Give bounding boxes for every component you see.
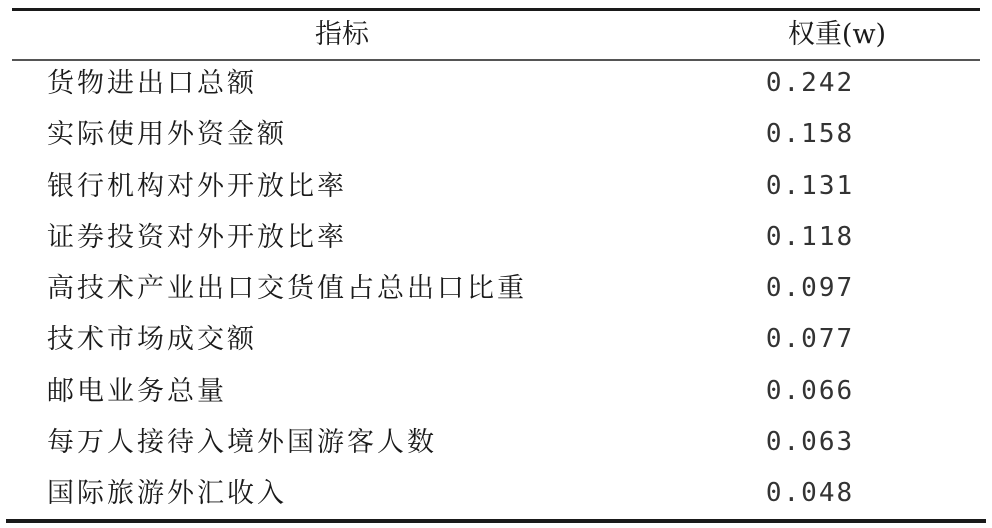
table-row: 银行机构对外开放比率 0.131: [0, 161, 992, 212]
table-row: 国际旅游外汇收入 0.048: [0, 468, 992, 519]
indicator-cell: 银行机构对外开放比率: [47, 161, 347, 212]
weight-cell: 0.118: [760, 212, 860, 263]
indicator-cell: 技术市场成交额: [47, 314, 257, 365]
weight-cell: 0.048: [760, 468, 860, 519]
weight-cell: 0.131: [760, 161, 860, 212]
table-row: 邮电业务总量 0.066: [0, 366, 992, 417]
weight-cell: 0.158: [760, 109, 860, 160]
indicator-cell: 邮电业务总量: [47, 366, 227, 417]
weight-cell: 0.077: [760, 314, 860, 365]
table-row: 实际使用外资金额 0.158: [0, 109, 992, 160]
weight-cell: 0.242: [760, 58, 860, 109]
indicator-cell: 每万人接待入境外国游客人数: [47, 417, 437, 468]
table-row: 证券投资对外开放比率 0.118: [0, 212, 992, 263]
table-row: 每万人接待入境外国游客人数 0.063: [0, 417, 992, 468]
table-row: 高技术产业出口交货值占总出口比重 0.097: [0, 263, 992, 314]
table-body: 货物进出口总额 0.242 实际使用外资金额 0.158 银行机构对外开放比率 …: [0, 58, 992, 520]
header-indicator: 指标: [12, 11, 672, 59]
table-row: 货物进出口总额 0.242: [0, 58, 992, 109]
indicator-cell: 货物进出口总额: [47, 58, 257, 109]
table-row: 技术市场成交额 0.077: [0, 314, 992, 365]
table-header: 指标 权重(w): [12, 11, 980, 59]
weight-cell: 0.066: [760, 366, 860, 417]
indicator-cell: 国际旅游外汇收入: [47, 468, 287, 519]
weight-cell: 0.063: [760, 417, 860, 468]
table-bottom-rule: [6, 519, 986, 523]
weight-cell: 0.097: [760, 263, 860, 314]
indicator-cell: 高技术产业出口交货值占总出口比重: [47, 263, 527, 314]
indicator-cell: 实际使用外资金额: [47, 109, 287, 160]
header-weight: 权重(w): [672, 11, 992, 59]
indicator-cell: 证券投资对外开放比率: [47, 212, 347, 263]
